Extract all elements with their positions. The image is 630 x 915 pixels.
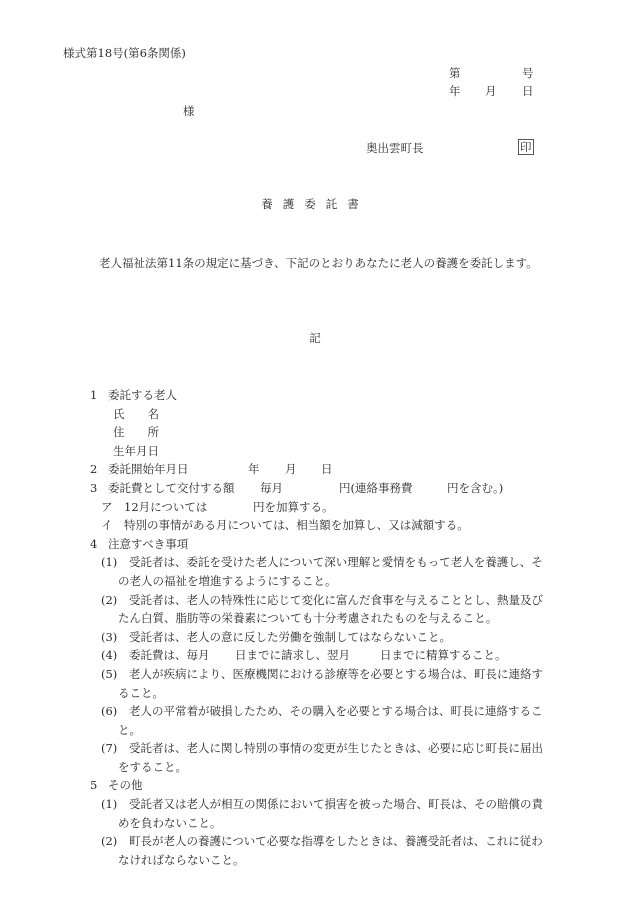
field-birthdate: 生年月日 xyxy=(0,442,630,461)
item-5-1: (1) 受託者又は老人が相互の関係において損害を被った場合、町長は、その賠償の責 xyxy=(0,795,630,814)
item-label: 注意すべき事項 xyxy=(108,535,188,554)
sub-text: 特別の事情がある月については、相当額を加算し、又は減額する。 xyxy=(124,516,469,535)
item-4-4: (4) 委託費は、毎月 日までに請求し、翌月 日までに精算すること。 xyxy=(0,646,630,665)
item-3-a: ア 12月については 円を加算する。 xyxy=(0,498,630,517)
sub-text: 12月については xyxy=(124,498,207,517)
item-5-1-cont: めを負わないこと。 xyxy=(0,814,630,833)
para-text: 受託者は、老人の意に反した労働を強制してはならないこと。 xyxy=(129,628,451,647)
item-label: その他 xyxy=(108,776,143,795)
document-title: 養護委託書 xyxy=(0,197,630,211)
para-text: 受託者は、委託を受けた老人について深い理解と愛情をもって老人を養護し、そ xyxy=(129,553,543,572)
monthly-label: 毎月 xyxy=(260,479,283,498)
start-day-label: 日 xyxy=(321,460,333,479)
item-5-2-cont: なければならないこと。 xyxy=(0,851,630,870)
item-3: 3 委託費として交付する額 毎月 円(連絡事務費 円を含む。) xyxy=(0,479,630,498)
para-text: たん白質、脂肪等の栄養素についても十分考慮されたものを与えること。 xyxy=(118,609,497,628)
para-text: なければならないこと。 xyxy=(118,851,245,870)
field-address: 住 所 xyxy=(0,423,630,442)
para-number: (3) xyxy=(101,628,117,647)
item-3-i: イ 特別の事情がある月については、相当額を加算し、又は減額する。 xyxy=(0,516,630,535)
para-text: の老人の福祉を増進するようにすること。 xyxy=(118,572,337,591)
sub-text-2: 円を加算する。 xyxy=(253,498,334,517)
sub-marker: ア xyxy=(101,498,113,517)
item-4-6-cont: と。 xyxy=(0,721,630,740)
item-number: 4 xyxy=(90,535,97,554)
para-number: (4) xyxy=(101,646,117,665)
item-label: 委託開始年月日 xyxy=(108,460,189,479)
item-number: 1 xyxy=(90,386,97,405)
sub-marker: イ xyxy=(101,516,113,535)
item-label: 委託する老人 xyxy=(108,386,177,405)
para-text: 受託者は、老人の特殊性に応じて変化に富んだ食事を与えることとし、熱量及び xyxy=(129,591,543,610)
item-4: 4 注意すべき事項 xyxy=(0,535,630,554)
para-text: ること。 xyxy=(118,684,164,703)
ki-heading: 記 xyxy=(0,331,630,345)
para-text-2: 日までに請求し、翌月 xyxy=(235,646,350,665)
para-text: 委託費は、毎月 xyxy=(129,646,210,665)
item-4-5-cont: ること。 xyxy=(0,684,630,703)
para-text: 老人の平常着が破損したため、その購入を必要とする場合は、町長に連絡するこ xyxy=(129,702,543,721)
item-label: 委託費として交付する額 xyxy=(108,479,235,498)
form-number: 様式第18号(第6条関係) xyxy=(63,46,186,60)
yen-included-label: 円を含む。) xyxy=(447,479,503,498)
item-4-2: (2) 受託者は、老人の特殊性に応じて変化に富んだ食事を与えることとし、熱量及び xyxy=(0,591,630,610)
para-text: 受託者は、老人に関し特別の事情の変更が生じたときは、必要に応じ町長に届出 xyxy=(129,739,543,758)
item-number: 5 xyxy=(90,776,97,795)
date-month-label: 月 xyxy=(485,84,497,98)
doc-number-prefix: 第 xyxy=(449,66,461,80)
issuer-name: 奥出雲町長 xyxy=(366,141,424,155)
para-number: (2) xyxy=(101,832,117,851)
para-number: (1) xyxy=(101,795,117,814)
item-4-6: (6) 老人の平常着が破損したため、その購入を必要とする場合は、町長に連絡するこ xyxy=(0,702,630,721)
para-text: 町長が老人の養護について必要な指導をしたときは、養護受託者は、これに従わ xyxy=(129,832,543,851)
item-4-3: (3) 受託者は、老人の意に反した労働を強制してはならないこと。 xyxy=(0,628,630,647)
item-4-7: (7) 受託者は、老人に関し特別の事情の変更が生じたときは、必要に応じ町長に届出 xyxy=(0,739,630,758)
item-number: 2 xyxy=(90,460,97,479)
item-2: 2 委託開始年月日 年 月 日 xyxy=(0,460,630,479)
para-text: 老人が疾病により、医療機関における診療等を必要とする場合は、町長に連絡す xyxy=(129,665,543,684)
item-number: 3 xyxy=(90,479,97,498)
item-5-2: (2) 町長が老人の養護について必要な指導をしたときは、養護受託者は、これに従わ xyxy=(0,832,630,851)
item-4-2-cont: たん白質、脂肪等の栄養素についても十分考慮されたものを与えること。 xyxy=(0,609,630,628)
field-name: 氏 名 xyxy=(0,405,630,424)
field-label: 生年月日 xyxy=(113,442,159,461)
intro-paragraph: 老人福祉法第11条の規定に基づき、下記のとおりあなたに老人の養護を委託します。 xyxy=(99,256,538,270)
para-number: (1) xyxy=(101,553,117,572)
para-number: (5) xyxy=(101,665,117,684)
date-day-label: 日 xyxy=(522,84,534,98)
para-text: 受託者又は老人が相互の関係において損害を被った場合、町長は、その賠償の責 xyxy=(129,795,543,814)
para-text: をすること。 xyxy=(118,758,187,777)
para-number: (7) xyxy=(101,739,117,758)
start-year-label: 年 xyxy=(248,460,260,479)
date-year-label: 年 xyxy=(449,84,461,98)
para-text-3: 日までに精算すること。 xyxy=(380,646,507,665)
item-4-7-cont: をすること。 xyxy=(0,758,630,777)
item-1: 1 委託する老人 xyxy=(0,386,630,405)
para-text: めを負わないこと。 xyxy=(118,814,222,833)
field-label: 氏 名 xyxy=(113,405,159,424)
items-list: 1 委託する老人 氏 名 住 所 生年月日 2 委託開始年月日 年 月 日 3 … xyxy=(0,386,630,869)
para-number: (2) xyxy=(101,591,117,610)
recipient-honorific: 様 xyxy=(183,104,195,118)
item-4-1-cont: の老人の福祉を増進するようにすること。 xyxy=(0,572,630,591)
item-4-1: (1) 受託者は、委託を受けた老人について深い理解と愛情をもって老人を養護し、そ xyxy=(0,553,630,572)
para-text: と。 xyxy=(118,721,141,740)
yen-paren-label: 円(連絡事務費 xyxy=(339,479,413,498)
doc-number-suffix: 号 xyxy=(522,66,534,80)
item-4-5: (5) 老人が疾病により、医療機関における診療等を必要とする場合は、町長に連絡す xyxy=(0,665,630,684)
item-5: 5 その他 xyxy=(0,776,630,795)
start-month-label: 月 xyxy=(285,460,297,479)
para-number: (6) xyxy=(101,702,117,721)
seal-mark: 印 xyxy=(518,139,534,155)
field-label: 住 所 xyxy=(113,423,159,442)
